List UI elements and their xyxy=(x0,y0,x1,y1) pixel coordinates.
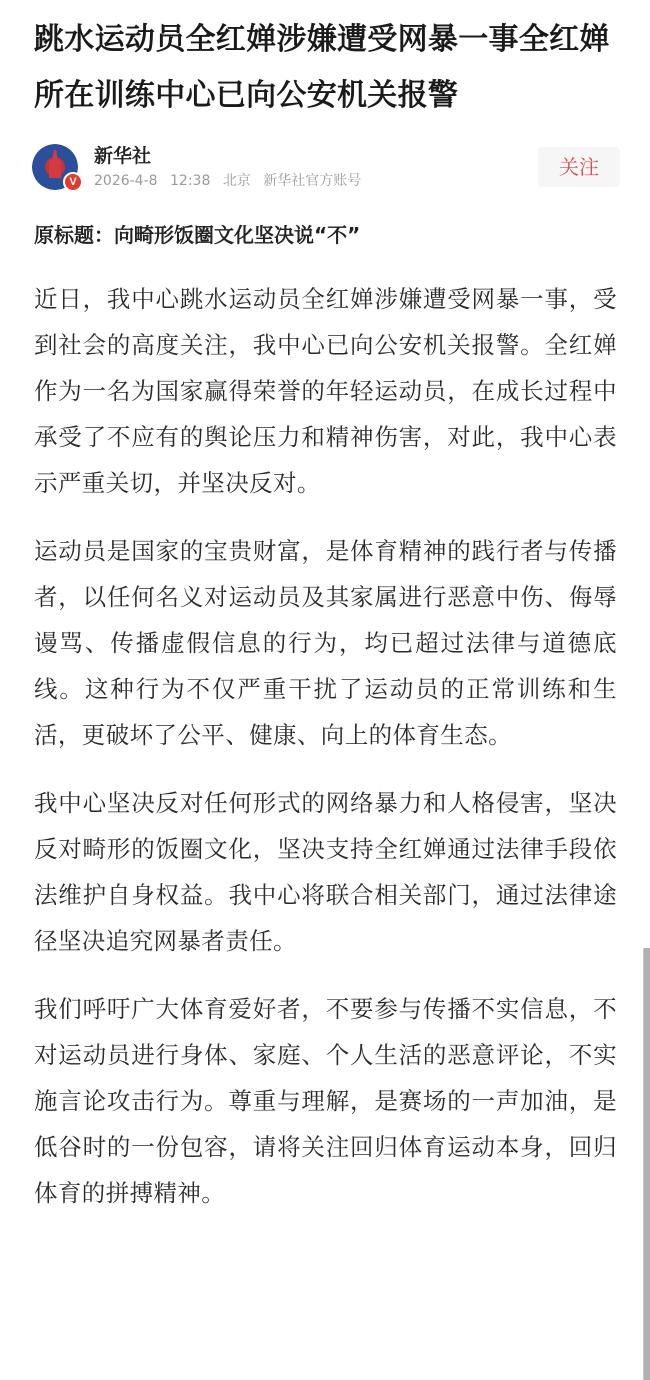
article-paragraph: 我们呼吁广大体育爱好者，不要参与传播不实信息，不对运动员进行身体、家庭、个人生活… xyxy=(34,986,617,1216)
article-paragraph: 近日，我中心跳水运动员全红婵涉嫌遭受网暴一事，受到社会的高度关注，我中心已向公安… xyxy=(34,276,617,506)
author-name[interactable]: 新华社 xyxy=(94,143,369,169)
article-title: 跳水运动员全红婵涉嫌遭受网暴一事全红婵所在训练中心已向公安机关报警 xyxy=(34,12,617,124)
scrollbar[interactable] xyxy=(643,948,650,1380)
xinhua-logo-icon[interactable]: V xyxy=(32,144,78,190)
verified-badge-icon: V xyxy=(63,172,83,192)
author-info: 新华社 2026-4-8 12:38 北京 新华社官方账号 xyxy=(94,143,369,191)
article-paragraph: 我中心坚决反对任何形式的网络暴力和人格侵害，坚决反对畸形的饭圈文化，坚决支持全红… xyxy=(34,780,617,964)
article-page: 跳水运动员全红婵涉嫌遭受网暴一事全红婵所在训练中心已向公安机关报警 V 新华社 … xyxy=(0,0,650,1380)
publish-location: 北京 xyxy=(223,173,251,189)
follow-button[interactable]: 关注 xyxy=(538,147,620,187)
article-meta: 2026-4-8 12:38 北京 新华社官方账号 xyxy=(94,171,369,191)
publish-date: 2026-4-8 xyxy=(94,173,158,189)
author-row: V 新华社 2026-4-8 12:38 北京 新华社官方账号 关注 xyxy=(34,136,617,198)
publish-time: 12:38 xyxy=(170,173,210,189)
original-title: 原标题：向畸形饭圈文化坚决说“不” xyxy=(34,220,617,250)
tower-icon xyxy=(49,150,61,178)
article-paragraph: 运动员是国家的宝贵财富，是体育精神的践行者与传播者，以任何名义对运动员及其家属进… xyxy=(34,528,617,758)
account-type: 新华社官方账号 xyxy=(263,173,361,189)
